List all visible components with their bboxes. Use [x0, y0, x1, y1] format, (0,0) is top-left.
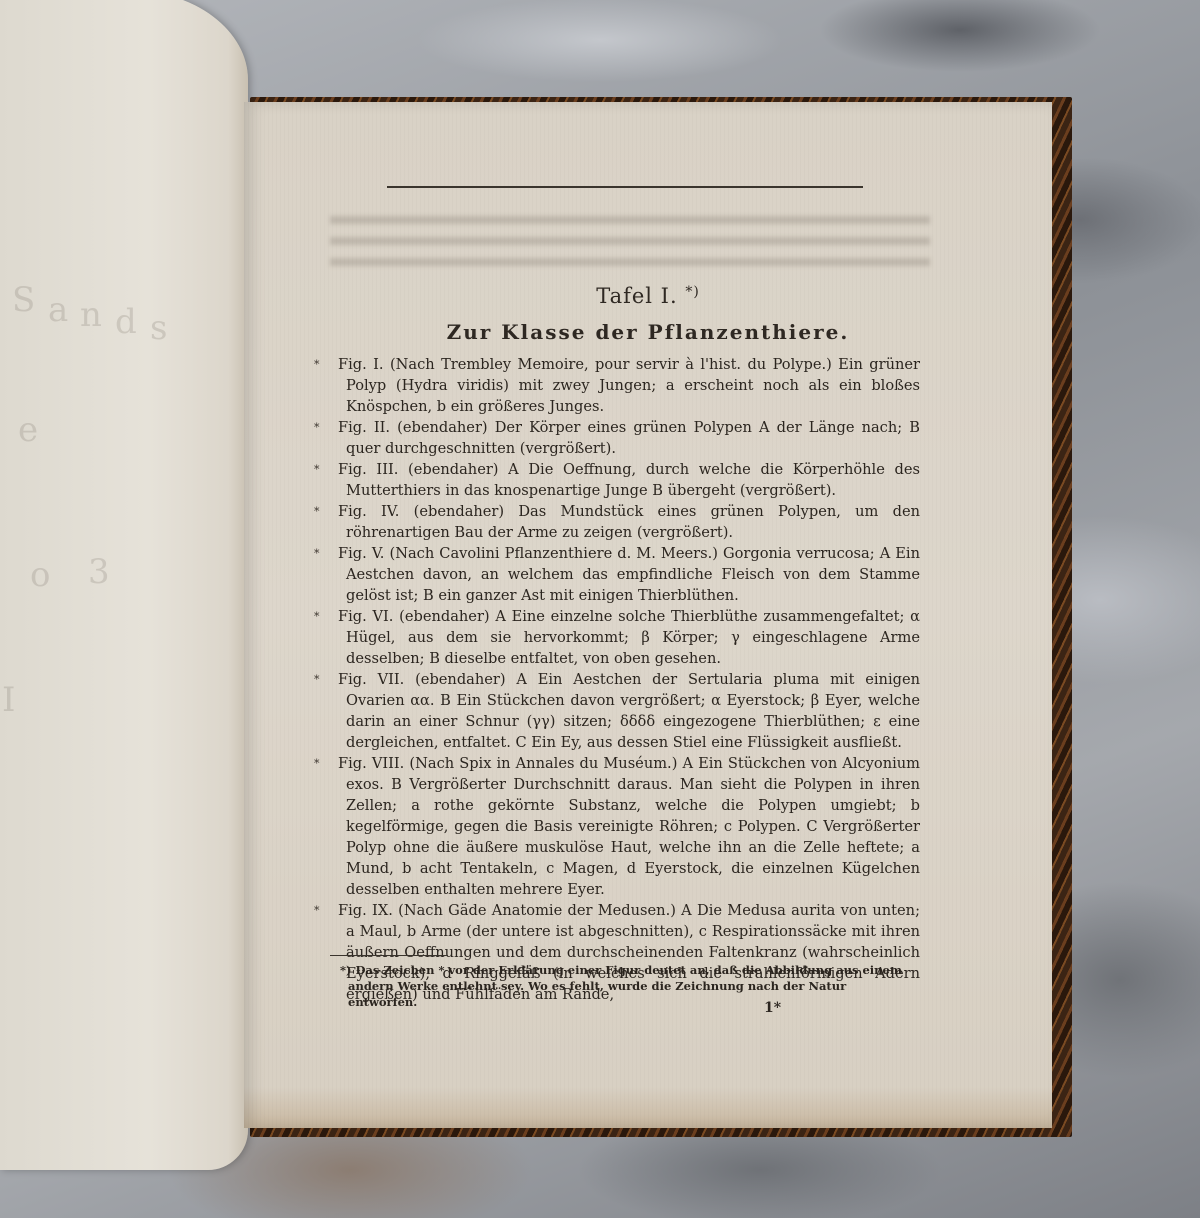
ghost-glyph: o — [30, 555, 50, 595]
figure-label: Fig. VII. — [338, 671, 404, 688]
ghost-glyph: S — [12, 280, 35, 320]
borrowed-marker: * — [330, 354, 338, 375]
figure-entry: *Fig. VI. (ebendaher) A Eine einzelne so… — [330, 606, 920, 669]
ghost-glyph: n — [80, 295, 102, 335]
figure-text: (Nach Spix in Annales du Muséum.) A Ein … — [346, 755, 920, 898]
header-rule — [387, 186, 863, 188]
footnote: *) Das Zeichen * vor der Erklärung einer… — [340, 962, 908, 1010]
bleed-through-text — [330, 210, 930, 270]
borrowed-marker: * — [330, 900, 338, 921]
left-page-curl: S a n d s e 3 o I — [0, 0, 248, 1170]
figure-entry: *Fig. IV. (ebendaher) Das Mundstück eine… — [330, 501, 920, 543]
figure-entry: *Fig. II. (ebendaher) Der Körper eines g… — [330, 417, 920, 459]
section-heading: Zur Klasse der Pflanzenthiere. — [244, 320, 1052, 344]
ghost-glyph: d — [115, 302, 137, 342]
ghost-glyph: a — [48, 290, 68, 330]
borrowed-marker: * — [330, 669, 338, 690]
figure-entry: *Fig. III. (ebendaher) A Die Oeffnung, d… — [330, 459, 920, 501]
figure-label: Fig. VIII. — [338, 755, 404, 772]
ghost-glyph: s — [150, 308, 167, 348]
footnote-rule — [330, 955, 448, 956]
borrowed-marker: * — [330, 543, 338, 564]
table-heading: Tafel I. *) — [244, 284, 1052, 308]
borrowed-marker: * — [330, 459, 338, 480]
figure-text: (ebendaher) A Eine einzelne solche Thier… — [346, 608, 920, 667]
figure-text: (ebendaher) Der Körper eines grünen Poly… — [346, 419, 920, 457]
table-heading-text: Tafel I. — [596, 284, 677, 308]
footnote-marker: *) — [685, 284, 699, 300]
ghost-glyph: I — [2, 680, 15, 720]
figure-label: Fig. IX. — [338, 902, 393, 919]
figure-label: Fig. II. — [338, 419, 390, 436]
figure-label: Fig. III. — [338, 461, 398, 478]
borrowed-marker: * — [330, 501, 338, 522]
figure-entry: *Fig. I. (Nach Trembley Memoire, pour se… — [330, 354, 920, 417]
figure-text: (Nach Trembley Memoire, pour servir à l'… — [346, 356, 920, 415]
figure-text: (Nach Cavolini Pflanzenthiere d. M. Meer… — [346, 545, 920, 604]
signature-mark: 1* — [764, 1000, 781, 1016]
figure-text: (ebendaher) A Ein Aestchen der Sertulari… — [346, 671, 920, 751]
borrowed-marker: * — [330, 606, 338, 627]
figure-entry: *Fig. V. (Nach Cavolini Pflanzenthiere d… — [330, 543, 920, 606]
figure-list: *Fig. I. (Nach Trembley Memoire, pour se… — [330, 354, 920, 1005]
ghost-glyph: e — [18, 410, 38, 450]
figure-label: Fig. I. — [338, 356, 384, 373]
figure-text: (ebendaher) Das Mundstück eines grünen P… — [346, 503, 920, 541]
borrowed-marker: * — [330, 753, 338, 774]
figure-entry: *Fig. VIII. (Nach Spix in Annales du Mus… — [330, 753, 920, 900]
figure-label: Fig. V. — [338, 545, 384, 562]
figure-label: Fig. IV. — [338, 503, 399, 520]
ghost-glyph: 3 — [88, 552, 110, 592]
figure-text: (ebendaher) A Die Oeffnung, durch welche… — [346, 461, 920, 499]
figure-label: Fig. VI. — [338, 608, 393, 625]
figure-entry: *Fig. VII. (ebendaher) A Ein Aestchen de… — [330, 669, 920, 753]
borrowed-marker: * — [330, 417, 338, 438]
